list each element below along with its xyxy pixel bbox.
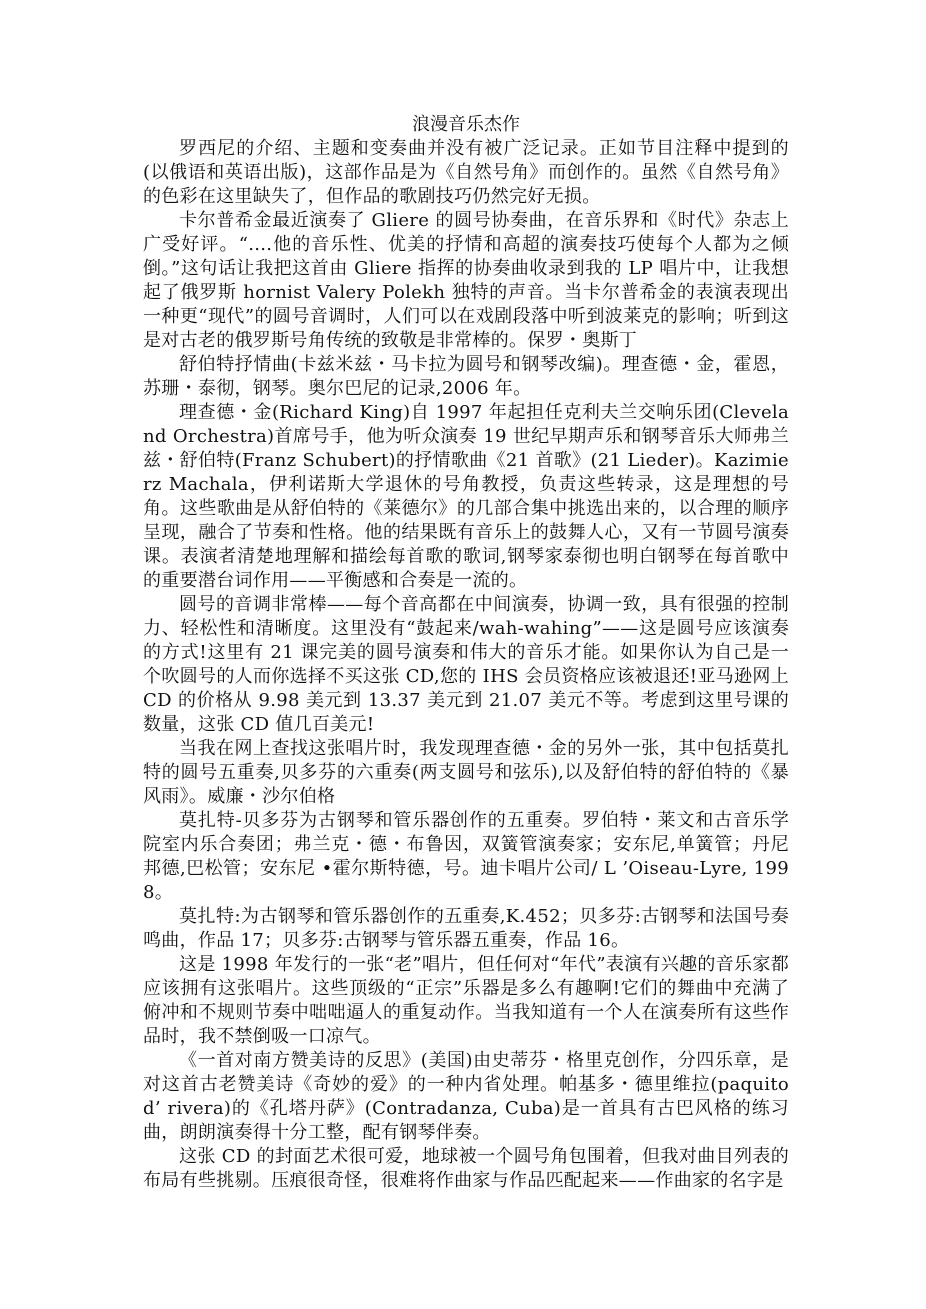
paragraph-richard-king: 理查德・金(Richard King)自 1997 年起担任克利夫兰交响乐团(C… — [143, 401, 789, 593]
paragraph-rossini-intro: 罗西尼的介绍、主题和变奏曲并没有被广泛记录。正如节目注释中提到的(以俄语和英语出… — [143, 137, 789, 209]
paragraph-horn-tone: 圆号的音调非常棒——每个音高都在中间演奏，协调一致，具有很强的控制力、轻松性和清… — [143, 593, 789, 737]
paragraph-mozart-beethoven-credits: 莫扎特-贝多芬为古钢琴和管乐器创作的五重奏。罗伯特・莱文和古音乐学院室内乐合奏团… — [143, 809, 789, 905]
paragraph-works-list: 莫扎特:为古钢琴和管乐器创作的五重奏,K.452；贝多芬:古钢琴和法国号奏鸣曲，… — [143, 905, 789, 953]
paragraph-schubert-credits: 舒伯特抒情曲(卡兹米兹・马卡拉为圆号和钢琴改编)。理查德・金，霍恩，苏珊・泰彻，… — [143, 353, 789, 401]
document-page: 浪漫音乐杰作 罗西尼的介绍、主题和变奏曲并没有被广泛记录。正如节目注释中提到的(… — [143, 113, 789, 1193]
paragraph-cd-cover: 这张 CD 的封面艺术很可爱，地球被一个圆号角包围着，但我对曲目列表的布局有些挑… — [143, 1145, 789, 1193]
paragraph-reflection-hymn: 《一首对南方赞美诗的反思》(美国)由史蒂芬・格里克创作，分四乐章，是对这首古老赞… — [143, 1049, 789, 1145]
paragraph-another-album: 当我在网上查找这张唱片时，我发现理查德・金的另外一张，其中包括莫扎特的圆号五重奏… — [143, 737, 789, 809]
paragraph-1998-record: 这是 1998 年发行的一张“老”唱片，但任何对“年代”表演有兴趣的音乐家都应该… — [143, 953, 789, 1049]
document-title: 浪漫音乐杰作 — [143, 113, 789, 137]
paragraph-gliere-concerto: 卡尔普希金最近演奏了 Gliere 的圆号协奏曲，在音乐界和《时代》杂志上广受好… — [143, 209, 789, 353]
